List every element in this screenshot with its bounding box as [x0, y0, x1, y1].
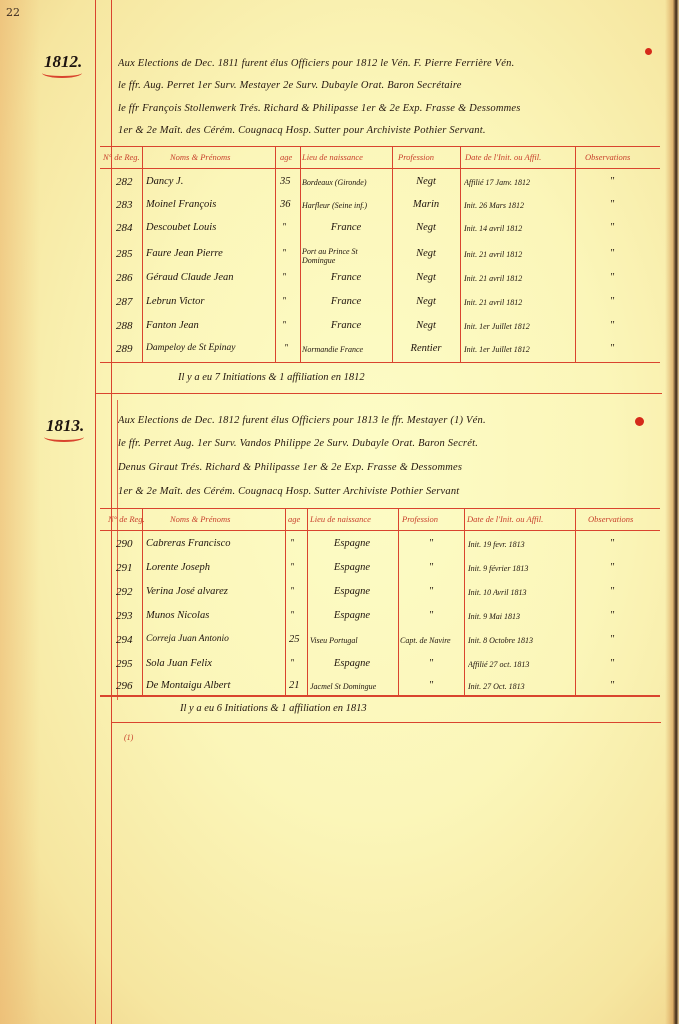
init-date: Init. 1er Juillet 1812	[464, 345, 574, 354]
col-rule	[398, 508, 399, 695]
table-bottom-rule	[100, 362, 660, 363]
init-date: Init. 21 avril 1812	[464, 250, 574, 259]
birthplace: Harfleur (Seine inf.)	[302, 201, 390, 210]
member-name: Descoubet Louis	[146, 222, 274, 233]
init-date: Init. 9 février 1813	[468, 564, 574, 573]
observation: "	[577, 343, 647, 354]
observation: "	[577, 272, 647, 283]
member-age: "	[282, 248, 286, 259]
birthplace: France	[302, 222, 390, 233]
member-name: Moinel François	[146, 199, 274, 210]
profession: Negt	[394, 176, 458, 187]
member-name: Dampeloy de St Epinay	[146, 343, 274, 353]
table-bottom-rule	[100, 695, 660, 697]
table-header-rule	[100, 530, 660, 531]
col-header-birthplace: Lieu de naissance	[302, 152, 363, 162]
table-top-rule	[100, 508, 660, 509]
reg-number: 286	[116, 272, 133, 284]
member-name: Fanton Jean	[146, 320, 274, 331]
birthplace: France	[302, 320, 390, 331]
observation: "	[577, 538, 647, 549]
birthplace: Jacmel St Domingue	[310, 682, 396, 691]
observation: "	[577, 199, 647, 210]
member-age: "	[282, 296, 286, 307]
member-name: Lorente Joseph	[146, 562, 284, 573]
birthplace: Viseu Portugal	[310, 636, 396, 645]
col-header-name: Noms & Prénoms	[170, 514, 230, 524]
profession: Negt	[394, 272, 458, 283]
observation: "	[577, 680, 647, 691]
profession: "	[400, 538, 462, 549]
member-age: "	[290, 562, 294, 573]
reg-number: 287	[116, 296, 133, 308]
col-header-profession: Profession	[402, 514, 438, 524]
col-rule	[460, 146, 461, 362]
birthplace: Espagne	[308, 610, 396, 621]
init-date: Init. 9 Mai 1813	[468, 612, 574, 621]
table-top-rule	[100, 146, 660, 147]
reg-number: 295	[116, 658, 133, 670]
register-page: 22 1812. Aux Elections de Dec. 1811 fure…	[0, 0, 679, 1024]
year-summary-1813: Il y a eu 6 Initiations & 1 affiliation …	[180, 703, 367, 714]
officers-paragraph-line: 1er & 2e Maît. des Cérém. Cougnacq Hosp.…	[118, 486, 658, 497]
profession: Negt	[394, 320, 458, 331]
officers-paragraph-line: Aux Elections de Dec. 1812 furent élus O…	[118, 415, 658, 426]
page-number: 22	[6, 6, 20, 19]
reg-number: 292	[116, 586, 133, 598]
reg-number: 294	[116, 634, 133, 646]
officers-paragraph-line: le ffr. Perret Aug. 1er Surv. Vandos Phi…	[118, 438, 658, 449]
profession: Marin	[394, 199, 458, 210]
birthplace: Normandie France	[302, 345, 390, 354]
birthplace: Espagne	[308, 562, 396, 573]
member-name: De Montaigu Albert	[146, 680, 284, 691]
member-age: "	[290, 538, 294, 549]
observation: "	[577, 320, 647, 331]
member-age: "	[282, 272, 286, 283]
observation: "	[577, 296, 647, 307]
year-summary-1812: Il y a eu 7 Initiations & 1 affiliation …	[178, 372, 365, 383]
init-date: Affilié 17 Janv. 1812	[464, 178, 574, 187]
observation: "	[577, 562, 647, 573]
member-name: Sola Juan Felix	[146, 658, 284, 669]
member-name: Correja Juan Antonio	[146, 634, 284, 644]
observation: "	[577, 248, 647, 259]
col-rule	[575, 508, 576, 695]
col-header-observations: Observations	[585, 152, 630, 162]
profession: Negt	[394, 248, 458, 259]
member-age: 35	[280, 176, 291, 187]
col-header-name: Noms & Prénoms	[170, 152, 230, 162]
birthplace: France	[302, 296, 390, 307]
init-date: Init. 21 avril 1812	[464, 274, 574, 283]
col-header-age: age	[288, 514, 300, 524]
col-rule	[275, 146, 276, 362]
col-rule	[464, 508, 465, 695]
observation: "	[577, 658, 647, 669]
reg-number: 282	[116, 176, 133, 188]
profession: Negt	[394, 296, 458, 307]
footnote-mark	[645, 48, 652, 55]
birthplace: Bordeaux (Gironde)	[302, 178, 390, 187]
reg-number: 285	[116, 248, 133, 260]
profession: "	[400, 658, 462, 669]
member-name: Géraud Claude Jean	[146, 272, 274, 283]
init-date: Init. 14 avril 1812	[464, 224, 574, 233]
observation: "	[577, 176, 647, 187]
page-edge-shading	[0, 0, 40, 1024]
officers-paragraph-line: le ffr. Aug. Perret 1er Surv. Mestayer 2…	[118, 80, 658, 91]
member-age: "	[284, 343, 288, 354]
officers-paragraph-line: 1er & 2e Maît. des Cérém. Cougnacq Hosp.…	[118, 125, 658, 136]
col-rule	[392, 146, 393, 362]
reg-number: 293	[116, 610, 133, 622]
init-date: Init. 1er Juillet 1812	[464, 322, 574, 331]
birthplace: Port au Prince St Domingue	[302, 247, 390, 265]
section-divider-rule	[95, 393, 662, 394]
officers-paragraph-line: le ffr François Stollenwerk Trés. Richar…	[118, 103, 658, 114]
birthplace: Espagne	[308, 586, 396, 597]
member-name: Cabreras Francisco	[146, 538, 284, 549]
reg-number: 289	[116, 343, 133, 355]
init-date: Init. 8 Octobre 1813	[468, 636, 574, 645]
col-header-no: N° de Reg.	[103, 152, 140, 162]
member-age: "	[282, 222, 286, 233]
member-name: Verina José alvarez	[146, 586, 284, 597]
reg-number: 296	[116, 680, 133, 692]
reg-number: 290	[116, 538, 133, 550]
col-header-date: Date de l'Init. ou Affil.	[467, 514, 543, 524]
member-age: "	[290, 586, 294, 597]
col-header-observations: Observations	[588, 514, 633, 524]
profession: "	[400, 562, 462, 573]
init-date: Affilié 27 oct. 1813	[468, 660, 574, 669]
reg-number: 291	[116, 562, 133, 574]
init-date: Init. 27 Oct. 1813	[468, 682, 574, 691]
member-name: Dancy J.	[146, 176, 274, 187]
col-rule	[575, 146, 576, 362]
reg-number: 283	[116, 199, 133, 211]
birthplace: Espagne	[308, 658, 396, 669]
observation: "	[577, 610, 647, 621]
profession: "	[400, 680, 462, 691]
officers-paragraph-line: Aux Elections de Dec. 1811 furent élus O…	[118, 58, 658, 69]
table-header-rule	[100, 168, 660, 169]
member-age: 21	[289, 680, 300, 691]
init-date: Init. 26 Mars 1812	[464, 201, 574, 210]
col-header-no: N° de Reg.	[108, 514, 145, 524]
member-age: "	[282, 320, 286, 331]
member-age: 36	[280, 199, 291, 210]
member-name: Lebrun Victor	[146, 296, 274, 307]
left-margin-rule	[95, 0, 96, 1024]
binding-edge	[665, 0, 679, 1024]
col-rule	[142, 146, 143, 362]
footnote-mark	[635, 417, 644, 426]
profession: "	[400, 610, 462, 621]
col-header-profession: Profession	[398, 152, 434, 162]
officers-paragraph-line: Denus Giraut Trés. Richard & Philipasse …	[118, 462, 658, 473]
member-name: Munos Nicolas	[146, 610, 284, 621]
reg-number: 288	[116, 320, 133, 332]
member-age: "	[290, 610, 294, 621]
reg-number: 284	[116, 222, 133, 234]
init-date: Init. 10 Avril 1813	[468, 588, 574, 597]
profession: Negt	[394, 222, 458, 233]
birthplace: France	[302, 272, 390, 283]
col-header-date: Date de l'Init. ou Affil.	[465, 152, 541, 162]
birthplace: Espagne	[308, 538, 396, 549]
profession: Capt. de Navire	[400, 636, 462, 645]
init-date: Init. 21 avril 1812	[464, 298, 574, 307]
col-rule	[142, 508, 143, 695]
year-flourish	[42, 68, 82, 78]
section-divider-rule	[111, 722, 661, 723]
col-rule	[285, 508, 286, 695]
col-header-birthplace: Lieu de naissance	[310, 514, 371, 524]
init-date: Init. 19 fevr. 1813	[468, 540, 574, 549]
col-header-age: age	[280, 152, 292, 162]
footnote-marker: (1)	[124, 733, 133, 742]
observation: "	[577, 634, 647, 645]
member-age: 25	[289, 634, 300, 645]
profession: Rentier	[394, 343, 458, 354]
observation: "	[577, 586, 647, 597]
profession: "	[400, 586, 462, 597]
member-age: "	[290, 658, 294, 669]
col-rule	[300, 146, 301, 362]
year-flourish	[44, 432, 84, 442]
observation: "	[577, 222, 647, 233]
member-name: Faure Jean Pierre	[146, 248, 274, 259]
